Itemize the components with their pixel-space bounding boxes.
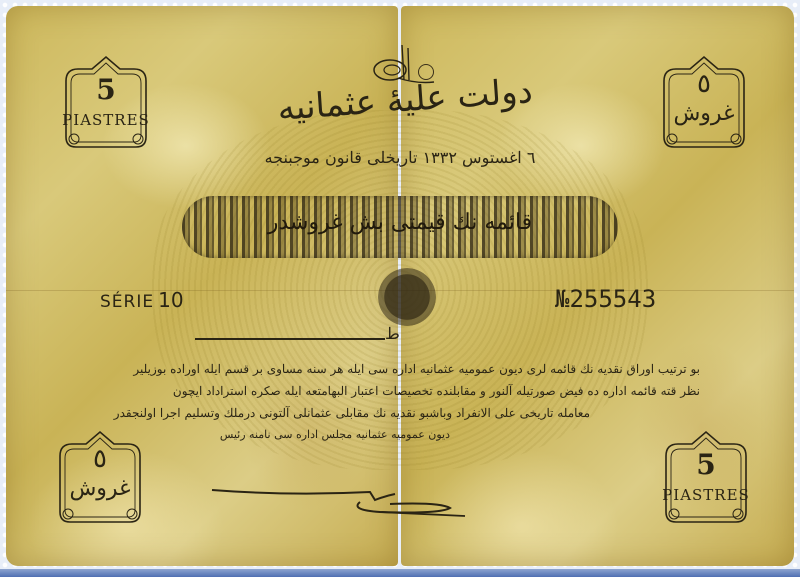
denomination-numeral: 5 xyxy=(658,448,754,481)
denomination-word: PIASTRES xyxy=(58,111,154,129)
serie-value: 10 xyxy=(158,288,183,312)
serie-label: SÉRIE10 xyxy=(100,288,184,312)
serial-digits: 255543 xyxy=(569,285,656,313)
numero-sign: № xyxy=(555,285,569,313)
serial-number: №255543 xyxy=(555,285,656,313)
body-line: بو ترتیب اوراق نقدیه نك قائمه لری دیون ع… xyxy=(100,358,700,380)
corner-top-left: 5 PIASTRES xyxy=(58,53,154,153)
denomination-numeral: ٥ xyxy=(656,69,752,99)
corner-top-right: ٥ غروش xyxy=(656,53,752,153)
legend-text: قائمه نك قیمتی بش غروشدر xyxy=(190,210,610,235)
central-seal-icon xyxy=(378,268,436,326)
denomination-numeral: ٥ xyxy=(52,444,148,474)
body-line: معامله تاریخی علی الانفراد وباشبو نقدیه … xyxy=(100,402,700,424)
serie-label-text: SÉRIE xyxy=(100,292,154,312)
denomination-word: غروش xyxy=(656,101,752,126)
denomination-word: غروش xyxy=(52,476,148,501)
date-line: ٦ اغستوس ١٣٣٢ تاریخلی قانون موجبنجه xyxy=(250,148,550,167)
body-line: نظر قته قائمه اداره ده فیض صورتیله آلنور… xyxy=(100,380,700,402)
signature-mark-top: ط xyxy=(385,324,400,343)
signature-icon xyxy=(210,486,470,526)
denomination-numeral: 5 xyxy=(58,73,154,106)
body-text: بو ترتیب اوراق نقدیه نك قائمه لری دیون ع… xyxy=(100,358,700,446)
lightbox-edge xyxy=(0,569,800,577)
denomination-word: PIASTRES xyxy=(658,486,754,504)
body-line: دیون عمومیه عثمانیه مجلس اداره سی نامنه … xyxy=(100,424,700,446)
signature-line-top xyxy=(195,338,385,340)
